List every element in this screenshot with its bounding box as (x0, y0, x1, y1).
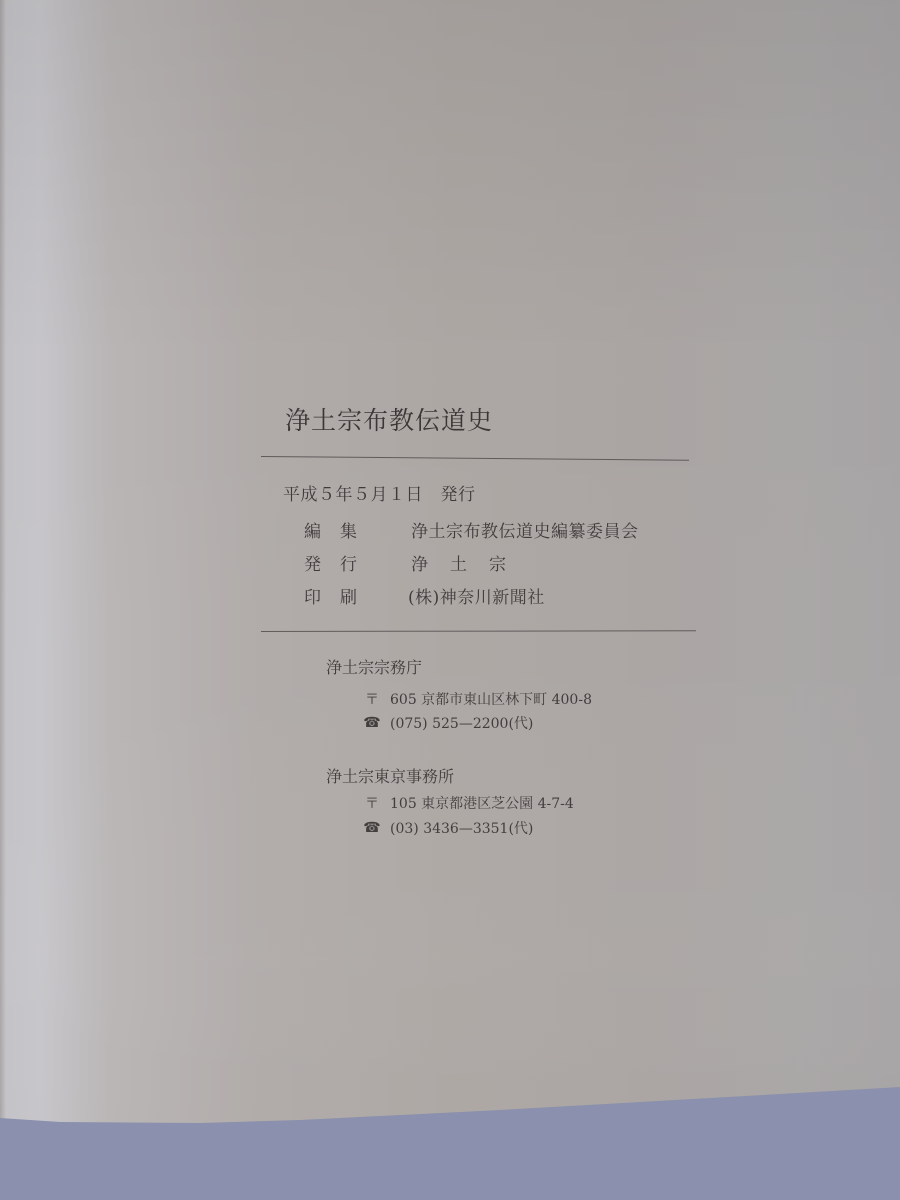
postal-address-text: 605 京都市東山区林下町 400-8 (390, 689, 592, 709)
postal-address-text: 105 東京都港区芝公園 4-7-4 (390, 793, 574, 813)
office-name-tokyo: 浄土宗東京事務所 (326, 764, 454, 787)
credit-label-publisher: 発行 (304, 550, 376, 575)
publication-date: 平成５年５月１日 発行 (283, 480, 476, 505)
office-phone-kyoto: ☎ (075) 525—2200(代) (362, 713, 533, 733)
book-title: 浄土宗布教伝道史 (285, 401, 493, 437)
postal-mark-icon: 〒 (362, 793, 382, 813)
office-address-tokyo: 〒 105 東京都港区芝公園 4-7-4 (362, 793, 574, 813)
office-phone-tokyo: ☎ (03) 3436—3351(代) (362, 818, 533, 838)
credit-value-printer: (株)神奈川新聞社 (408, 583, 545, 608)
office-address-kyoto: 〒 605 京都市東山区林下町 400-8 (362, 689, 592, 709)
credit-value-publisher: 浄土宗 (411, 550, 528, 575)
phone-number-text: (03) 3436—3351(代) (390, 818, 533, 838)
credit-value-editor: 浄土宗布教伝道史編纂委員会 (411, 517, 639, 542)
top-divider (261, 456, 689, 461)
telephone-icon: ☎ (362, 715, 382, 731)
bottom-divider (261, 630, 696, 632)
postal-mark-icon: 〒 (362, 689, 382, 709)
office-name-kyoto: 浄土宗宗務庁 (326, 655, 422, 678)
telephone-icon: ☎ (362, 820, 382, 836)
colophon-page: 浄土宗布教伝道史 平成５年５月１日 発行 編集 浄土宗布教伝道史編纂委員会 発行… (0, 0, 900, 1200)
phone-number-text: (075) 525—2200(代) (390, 713, 533, 733)
credit-label-editor: 編集 (304, 517, 376, 542)
credit-label-printer: 印刷 (304, 583, 376, 608)
